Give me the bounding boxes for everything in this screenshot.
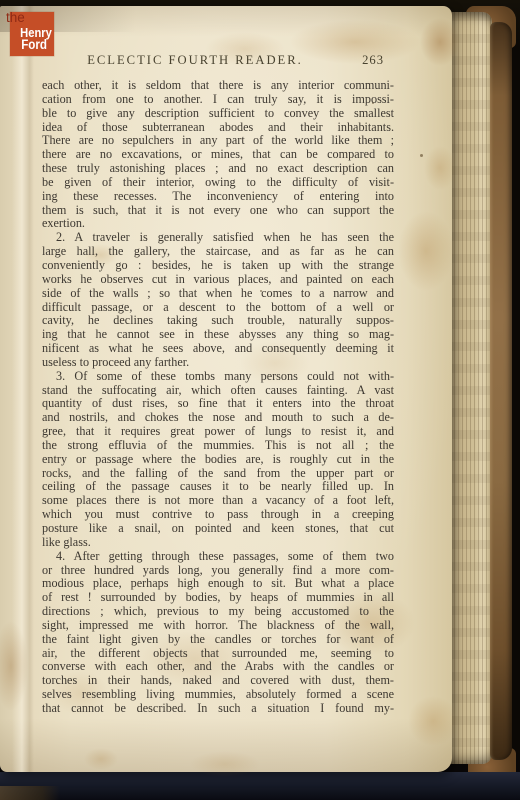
header-title: ECLECTIC FOURTH READER. <box>42 53 348 68</box>
text-line: converse with each other, and the Arabs … <box>42 660 394 674</box>
text-line: and nostrils, and chokes the nose and mo… <box>42 411 394 425</box>
stain <box>84 748 118 770</box>
body-text: each other, it is seldom that there is a… <box>42 79 394 716</box>
text-line: them is such, that it is not every one w… <box>42 204 394 218</box>
text-line: like glass. <box>42 536 394 550</box>
text-line: 4. After getting through these passages,… <box>42 550 394 564</box>
logo-the: the <box>6 10 25 25</box>
paragraph: each other, it is seldom that there is a… <box>42 79 394 231</box>
text-line: 3. Of some of these tombs many persons c… <box>42 370 394 384</box>
text-line: stand the suffocating air, which often c… <box>42 384 394 398</box>
photo-background: ECLECTIC FOURTH READER. 263 each other, … <box>0 0 520 800</box>
text-line: works he observes cut in various places,… <box>42 273 394 287</box>
text-line: exertion. <box>42 217 394 231</box>
text-line: rocks, and the falling of the sand from … <box>42 467 394 481</box>
page-number: 263 <box>362 53 384 68</box>
stain <box>0 621 28 711</box>
text-line: that cannot be described. In such a situ… <box>42 702 394 716</box>
text-line: air, the different objects that surround… <box>42 647 394 661</box>
text-line: modious place, perhaps high enough to si… <box>42 577 394 591</box>
text-line: difficult passage, or a descent to the b… <box>42 301 394 315</box>
logo-ford: Ford <box>21 37 47 52</box>
text-line: quantity of dust rises, so fine that it … <box>42 397 394 411</box>
text-line: ing that he cannot see in these abysses … <box>42 328 394 342</box>
text-line: nificent as what he sees above, and cons… <box>42 342 394 356</box>
book-page: ECLECTIC FOURTH READER. 263 each other, … <box>0 6 452 772</box>
text-line: of rest ! surrounded by bodies, by heaps… <box>42 591 394 605</box>
stain <box>424 146 456 190</box>
text-line: There are no sepulchers in any part of t… <box>42 134 394 148</box>
text-line: torches in their hands, naked and covere… <box>42 674 394 688</box>
text-line: large hall, the gallery, the staircase, … <box>42 245 394 259</box>
text-line: which you must contrive to pass through … <box>42 508 394 522</box>
text-line: conveniently go : besides, he is taken u… <box>42 259 394 273</box>
stain <box>398 211 454 291</box>
text-line: these truly astonishing places ; and no … <box>42 162 394 176</box>
text-line: side of the walls ; so that when he come… <box>42 287 394 301</box>
text-line: some places there is not more than a vac… <box>42 494 394 508</box>
henry-ford-logo: the Henry Ford <box>10 12 54 56</box>
text-line: be given of their interior, owing to the… <box>42 176 394 190</box>
paragraph: 2. A traveler is generally satisfied whe… <box>42 231 394 369</box>
text-line: or three hundred yards long, you general… <box>42 564 394 578</box>
paragraph: 3. Of some of these tombs many persons c… <box>42 370 394 550</box>
paragraph: 4. After getting through these passages,… <box>42 550 394 716</box>
book-cover-bottom-left-edge <box>0 786 60 800</box>
text-line: there are no excavations, or mines, that… <box>42 148 394 162</box>
text-line: directions ; which, previous to my being… <box>42 605 394 619</box>
text-line: sight, impressed me with horror. The bla… <box>42 619 394 633</box>
text-line: the faint light given by the candles or … <box>42 633 394 647</box>
text-line: selves resembling living mummies, absolu… <box>42 688 394 702</box>
text-line: cavity, he declines taking such trouble,… <box>42 314 394 328</box>
stain <box>408 696 458 746</box>
page-edges-stack <box>446 12 492 764</box>
text-line: ing these recesses. The inconveniency of… <box>42 190 394 204</box>
text-line: ble to give any description sufficient t… <box>42 107 394 121</box>
text-line: cation from one to another. I can truly … <box>42 93 394 107</box>
text-line: ceiling of the passage causes it to be n… <box>42 480 394 494</box>
speck <box>420 154 423 157</box>
text-line: useless to proceed any farther. <box>42 356 394 370</box>
book-cover-bottom <box>0 772 520 800</box>
book-cover-spine-right <box>490 22 512 760</box>
page-header: ECLECTIC FOURTH READER. 263 <box>42 53 394 67</box>
text-line: posture like a snail, on pointed and kee… <box>42 522 394 536</box>
text-line: 2. A traveler is generally satisfied whe… <box>42 231 394 245</box>
text-line: each other, it is seldom that there is a… <box>42 79 394 93</box>
text-line: idea of those subterranean abodes and th… <box>42 121 394 135</box>
text-line: gree, that it requires great power of lu… <box>42 425 394 439</box>
text-line: the strong effluvia of the mummies. This… <box>42 439 394 453</box>
text-line: entry or passage where the bodies are, i… <box>42 453 394 467</box>
